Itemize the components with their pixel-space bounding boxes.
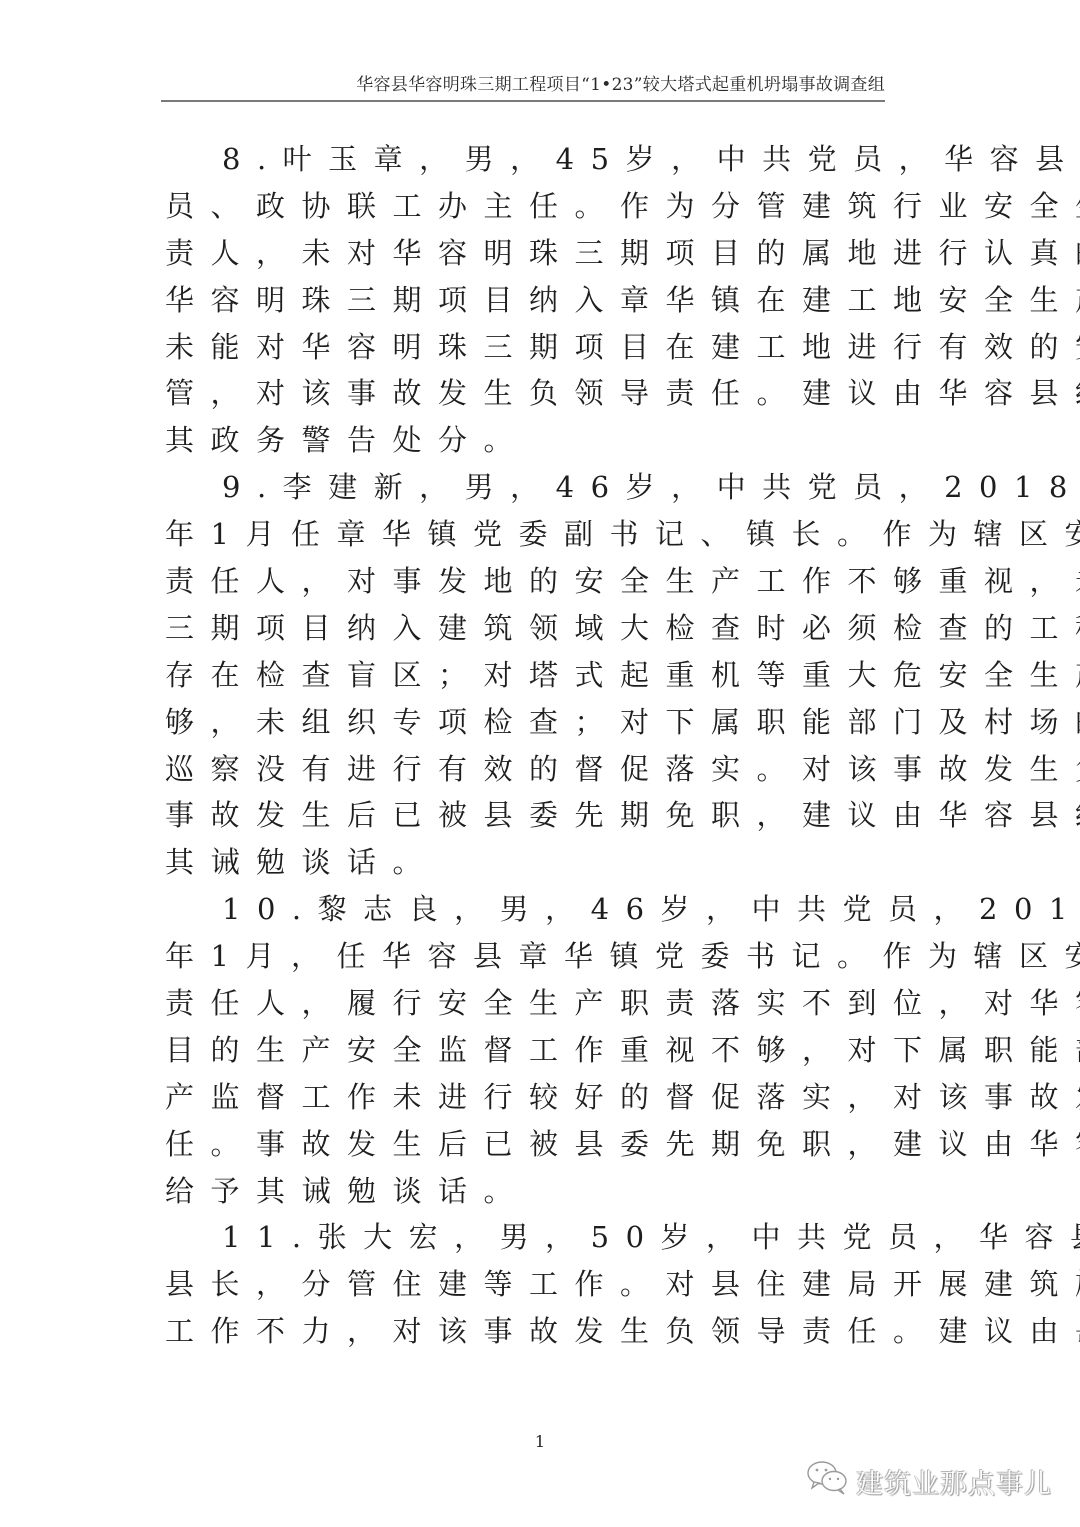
- page-number: 1: [0, 1432, 1080, 1451]
- paragraph-line: 未能对华容明珠三期项目在建工地进行有效的安全生产监: [165, 324, 917, 371]
- watermark: 建筑业那点事儿: [806, 1460, 1052, 1503]
- paragraph-9: 9.李建新，男，46岁，中共党员，2018年2月至2019 年1月任章华镇党委副…: [165, 464, 917, 886]
- paragraph-line: 三期项目纳入建筑领域大检查时必须检查的工程项目，导致: [165, 605, 917, 652]
- paragraph-line: 给予其诫勉谈话。: [165, 1168, 917, 1215]
- paragraph-line: 任。事故发生后已被县委先期免职，建议由华容县纪委监委: [165, 1121, 917, 1168]
- paragraph-line: 责任人，对事发地的安全生产工作不够重视，未将华容明珠: [165, 558, 917, 605]
- paragraph-line: 产监督工作未进行较好的督促落实，对该事故发生负领导责: [165, 1074, 917, 1121]
- paragraph-line: 11.张大宏，男，50岁，中共党员，华容县人民政府副: [165, 1214, 917, 1261]
- paragraph-line: 其诫勉谈话。: [165, 839, 917, 886]
- header-title: 华容县华容明珠三期工程项目“1•23”较大塔式起重机坍塌事故调查组: [356, 75, 885, 95]
- paragraph-line: 管，对该事故发生负领导责任。建议由华容县纪委监委给予: [165, 370, 917, 417]
- paragraph-line: 巡察没有进行有效的督促落实。对该事故发生负领导责任。: [165, 746, 917, 793]
- paragraph-line: 县长，分管住建等工作。对县住建局开展建筑施工安全监督: [165, 1261, 917, 1308]
- paragraph-line: 其政务警告处分。: [165, 417, 917, 464]
- wechat-icon: [806, 1460, 850, 1503]
- paragraph-line: 8.叶玉章，男，45岁，中共党员，华容县章华镇党委委: [165, 136, 917, 183]
- paragraph-line: 年1月，任华容县章华镇党委书记。作为辖区安全生产第一: [165, 933, 917, 980]
- paragraph-line: 工作不力，对该事故发生负领导责任。建议由岳阳市纪委监: [165, 1308, 917, 1355]
- paragraph-line: 10.黎志良，男，46岁，中共党员，2018年2月至2019: [165, 886, 917, 933]
- paragraph-line: 存在检查盲区；对塔式起重机等重大危安全生产隐患强调不: [165, 652, 917, 699]
- paragraph-line: 够，未组织专项检查；对下属职能部门及村场的日常检查、: [165, 699, 917, 746]
- paragraph-line: 目的生产安全监督工作重视不够，对下属职能部门的安全生: [165, 1027, 917, 1074]
- paragraph-line: 9.李建新，男，46岁，中共党员，2018年2月至2019: [165, 464, 917, 511]
- paragraph-line: 华容明珠三期项目纳入章华镇在建工地安全生产检查范围，: [165, 277, 917, 324]
- paragraph-line: 责人，未对华容明珠三期项目的属地进行认真的核实，未将: [165, 230, 917, 277]
- paragraph-11: 11.张大宏，男，50岁，中共党员，华容县人民政府副 县长，分管住建等工作。对县…: [165, 1214, 917, 1355]
- document-body: 8.叶玉章，男，45岁，中共党员，华容县章华镇党委委 员、政协联工办主任。作为分…: [165, 136, 917, 1355]
- paragraph-8: 8.叶玉章，男，45岁，中共党员，华容县章华镇党委委 员、政协联工办主任。作为分…: [165, 136, 917, 464]
- paragraph-line: 年1月任章华镇党委副书记、镇长。作为辖区安全生产第一: [165, 511, 917, 558]
- paragraph-line: 员、政协联工办主任。作为分管建筑行业安全生产工作的负: [165, 183, 917, 230]
- paragraph-10: 10.黎志良，男，46岁，中共党员，2018年2月至2019 年1月，任华容县章…: [165, 886, 917, 1214]
- page-header: 华容县华容明珠三期工程项目“1•23”较大塔式起重机坍塌事故调查组: [161, 74, 885, 102]
- paragraph-line: 责任人，履行安全生产职责落实不到位，对华容明珠三期项: [165, 980, 917, 1027]
- watermark-text: 建筑业那点事儿: [856, 1462, 1052, 1501]
- paragraph-line: 事故发生后已被县委先期免职，建议由华容县纪委监委给予: [165, 792, 917, 839]
